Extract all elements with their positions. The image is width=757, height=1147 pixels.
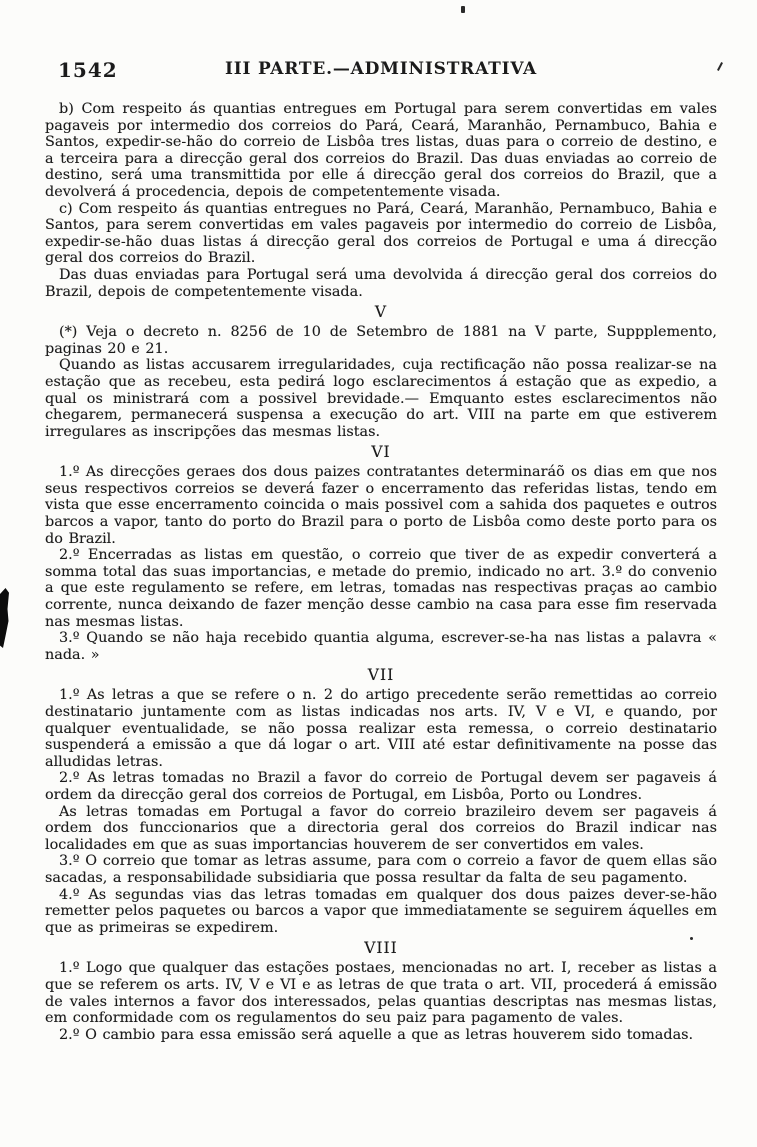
scan-speck [717,62,723,71]
page-header: 1542 III PARTE.—ADMINISTRATIVA [45,58,717,84]
vii-item-2: 2.º As letras tomadas no Brazil a favor … [45,770,717,803]
vi-item-2: 2.º Encerradas as listas em questão, o c… [45,547,717,630]
page-title: III PARTE.—ADMINISTRATIVA [45,59,717,79]
document-body: b) Com respeito ás quantias entregues em… [45,101,717,1043]
section-heading-vi: VI [45,444,717,461]
vii-item-1: 1.º As letras a que se refere o n. 2 do … [45,687,717,770]
paragraph-b: b) Com respeito ás quantias entregues em… [45,101,717,201]
viii-item-2: 2.º O cambio para essa emissão será aque… [45,1027,717,1044]
viii-item-1: 1.º Logo que qualquer das estações posta… [45,960,717,1026]
section-heading-vii: VII [45,667,717,684]
vii-paragraph-letras-portugal: As letras tomadas em Portugal a favor do… [45,804,717,854]
scan-speck [690,937,693,940]
vi-item-3: 3.º Quando se não haja recebido quantia … [45,630,717,663]
vii-item-3: 3.º O correio que tomar as letras assume… [45,853,717,886]
paragraph-quando-as-listas: Quando as listas accusarem irregularidad… [45,357,717,440]
vii-item-4: 4.º As segundas vias das letras tomadas … [45,887,717,937]
ink-blot [0,588,10,648]
paragraph-das-duas: Das duas enviadas para Portugal será uma… [45,267,717,300]
paragraph-c: c) Com respeito ás quantias entregues no… [45,201,717,267]
vi-item-1: 1.º As direcções geraes dos dous paizes … [45,464,717,547]
footnote-decree: (*) Veja o decreto n. 8256 de 10 de Sete… [45,324,717,357]
scanned-document-page: 1542 III PARTE.—ADMINISTRATIVA b) Com re… [0,0,757,1147]
section-heading-viii: VIII [45,940,717,957]
section-heading-v: V [45,304,717,321]
scan-speck [461,6,465,13]
